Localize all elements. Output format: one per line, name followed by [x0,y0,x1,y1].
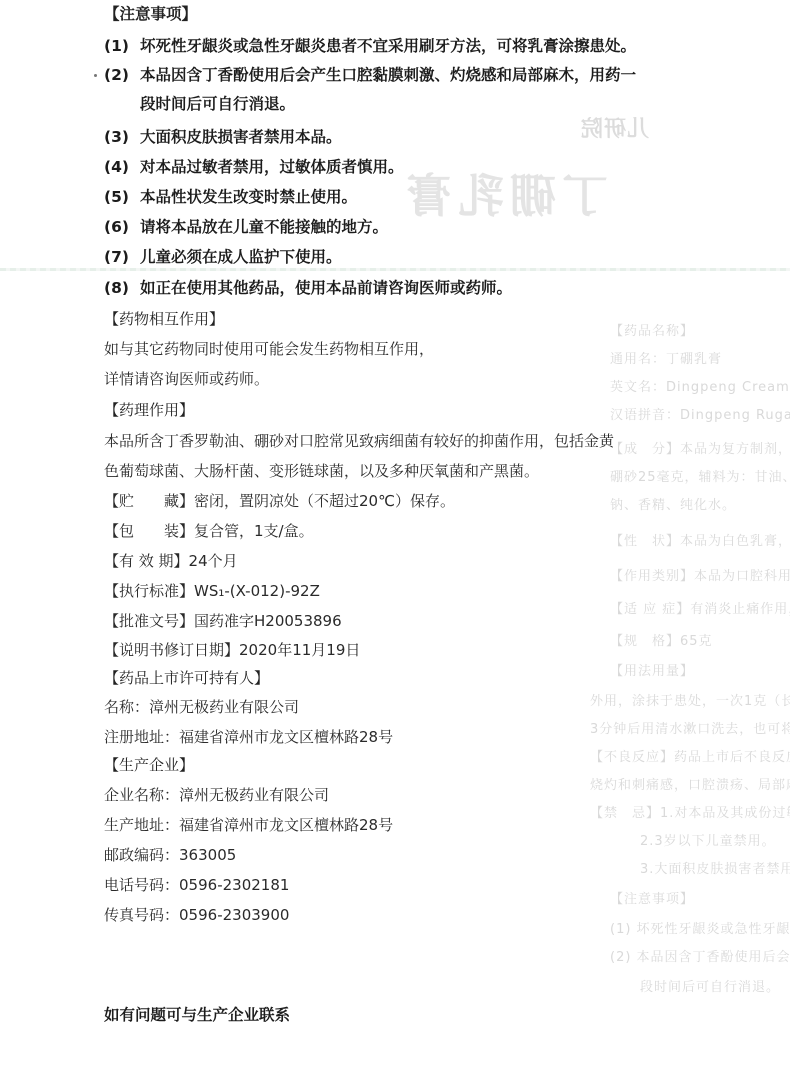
ghost-line: 【不良反应】药品上市后不良反应监测数据显示本品可见如下：口腔不适、 [590,746,790,765]
item-number: (6) [104,217,140,237]
item-text: 坏死性牙龈炎或急性牙龈炎患者不宜采用刷牙方法，可将乳膏涂擦患处。 [140,37,636,55]
interactions-heading: 【药物相互作用】 [104,309,224,329]
standard-field: 【执行标准】WS₁-(X-012)-92Z [104,581,320,601]
manufacturer-address-row: 生产地址：福建省漳州市龙文区檀林路28号 [104,815,393,835]
precaution-item-1: (1)坏死性牙龈炎或急性牙龈炎患者不宜采用刷牙方法，可将乳膏涂擦患处。 [104,36,636,56]
precaution-item-6: (6)请将本品放在儿童不能接触的地方。 [104,217,388,237]
field-label: 电话号码： [104,876,179,894]
field-label: 传真号码： [104,906,179,924]
item-number: (5) [104,187,140,207]
field-label: 【有 效 期】 [104,552,189,570]
mah-name-row: 名称：漳州无极药业有限公司 [104,697,299,717]
mah-address-row: 注册地址：福建省漳州市龙文区檀林路28号 [104,727,393,747]
field-label: 邮政编码： [104,846,179,864]
ghost-line: 3.大面积皮肤损害者禁用本品。 [640,858,790,877]
ghost-line: 段时间后可自行消退。 [640,976,780,995]
item-number: (3) [104,127,140,147]
item-number: (7) [104,247,140,267]
field-label: 注册地址： [104,728,179,746]
ghost-line: 【规 格】65克 [610,630,713,649]
ghost-line: 3分钟后用清水漱口洗去，也可将乳膏挤于牙刷上刷牙，用后漱口， [590,718,790,737]
field-value: 漳州无极药业有限公司 [179,786,329,804]
ghost-line: 【禁 忌】1.对本品及其成份过敏者禁用。 [590,802,790,821]
ghost-line: 英文名：Dingpeng Cream [610,376,790,395]
ghost-line: 2.3岁以下儿童禁用。 [640,830,776,849]
field-value: 363005 [179,846,236,864]
field-value: 密闭，置阴凉处（不超过20℃）保存。 [194,492,455,510]
precaution-item-2: (2)本品因含丁香酚使用后会产生口腔黏膜刺激、灼烧感和局部麻木，用药一 [104,65,636,85]
field-value: 福建省漳州市龙文区檀林路28号 [179,728,393,746]
field-value: 24个月 [189,552,238,570]
ghost-line: 【注意事项】 [610,888,694,907]
item-number: (8) [104,278,140,298]
storage-field: 【贮 藏】密闭，置阴凉处（不超过20℃）保存。 [104,491,455,511]
item-text: 儿童必须在成人监护下使用。 [140,248,342,266]
ghost-logo: 儿研院 [580,112,649,143]
ghost-line: (2) 本品因含丁香酚使用后会产生口腔黏膜刺激、灼烧感和局部麻木，用药一 [610,946,790,965]
precautions-heading: 【注意事项】 [104,4,197,24]
field-label: 名称： [104,698,149,716]
ghost-line: 通用名：丁硼乳膏 [610,348,722,367]
ghost-line: 外用，涂抹于患处，一次1克（长约1～1.5厘米），一日3～4次 [590,690,790,709]
ghost-line: 钠、香精、纯化水。 [610,494,736,513]
item-text: 本品因含丁香酚使用后会产生口腔黏膜刺激、灼烧感和局部麻木，用药一 [140,66,636,84]
field-value: 2020年11月19日 [239,641,360,659]
manufacturer-name-row: 企业名称：漳州无极药业有限公司 [104,785,329,805]
item-text: 大面积皮肤损害者禁用本品。 [140,128,342,146]
field-value: 复合管，1支/盒。 [194,522,314,540]
mah-heading: 【药品上市许可持有人】 [104,668,269,688]
pharmacology-text-line-2: 色葡萄球菌、大肠杆菌、变形链球菌，以及多种厌氧菌和产黑菌。 [104,461,539,481]
field-value: 0596-2303900 [179,906,289,924]
field-label: 【批准文号】 [104,612,194,630]
interactions-text-line-1: 如与其它药物同时使用可能会发生药物相互作用， [104,339,434,359]
precaution-item-3: (3)大面积皮肤损害者禁用本品。 [104,127,342,147]
precaution-item-4: (4)对本品过敏者禁用，过敏体质者慎用。 [104,157,404,177]
precaution-item-2-continuation: 段时间后可自行消退。 [140,94,295,114]
ghost-line: 【作用类别】本品为口腔科用药类非处方药药品。 [610,565,790,584]
field-label: 【贮 藏】 [104,492,194,510]
field-value: WS₁-(X-012)-92Z [194,582,320,600]
item-text: 请将本品放在儿童不能接触的地方。 [140,218,388,236]
item-text: 如正在使用其他药品，使用本品前请咨询医师或药师。 [140,279,512,297]
item-number: (1) [104,36,140,56]
ghost-line: 烧灼和刺痛感，口腔溃疡、局部麻木、皮疹、瘙痒、过敏反应等不良反应。 [590,774,790,793]
item-number: (4) [104,157,140,177]
revision-date-field: 【说明书修订日期】2020年11月19日 [104,640,360,660]
field-value: 福建省漳州市龙文区檀林路28号 [179,816,393,834]
field-value: 0596-2302181 [179,876,289,894]
ghost-line: 【用法用量】 [610,660,694,679]
precaution-item-5: (5)本品性状发生改变时禁止使用。 [104,187,357,207]
pharmacology-text-line-1: 本品所含丁香罗勒油、硼砂对口腔常见致病细菌有较好的抑菌作用，包括金黄 [104,431,614,451]
field-value: 漳州无极药业有限公司 [149,698,299,716]
field-label: 【说明书修订日期】 [104,641,239,659]
precaution-item-7: (7)儿童必须在成人监护下使用。 [104,247,342,267]
ghost-line: (1) 坏死性牙龈炎或急性牙龈炎患者不宜采用刷牙方法，可将乳膏涂擦患处。 [610,918,790,937]
item-text: 本品性状发生改变时禁止使用。 [140,188,357,206]
shelf-life-field: 【有 效 期】24个月 [104,551,238,571]
ghost-line: 汉语拼音：Dingpeng Rugao [610,404,790,423]
item-text: 对本品过敏者禁用，过敏体质者慎用。 [140,158,404,176]
phone-row: 电话号码：0596-2302181 [104,875,289,895]
scan-speck [94,74,97,77]
field-label: 企业名称： [104,786,179,804]
package-field: 【包 装】复合管，1支/盒。 [104,521,314,541]
pharmacology-heading: 【药理作用】 [104,400,194,420]
ghost-divider [0,268,790,271]
field-value: 国药准字H20053896 [194,612,342,630]
precaution-item-8: (8)如正在使用其他药品，使用本品前请咨询医师或药师。 [104,278,512,298]
ghost-line: 【药品名称】 [610,320,694,339]
field-label: 【包 装】 [104,522,194,540]
ghost-line: 【性 状】本品为白色乳膏，具有似丁香的香气。 [610,530,790,549]
postal-code-row: 邮政编码：363005 [104,845,236,865]
manufacturer-heading: 【生产企业】 [104,755,194,775]
ghost-product-title: 丁硼乳膏 [400,160,608,226]
ghost-line: 硼砂25毫克，辅料为：甘油、硬脂酸、单硬脂酸甘油酯 [610,466,790,485]
approval-number-field: 【批准文号】国药准字H20053896 [104,611,342,631]
fax-row: 传真号码：0596-2303900 [104,905,289,925]
interactions-text-line-2: 详情请咨询医师或药师。 [104,369,269,389]
item-number: (2) [104,65,140,85]
ghost-line: 【成 分】本品为复方制剂，每克含丁香罗勒油、硼砂 [610,438,790,457]
field-label: 【执行标准】 [104,582,194,600]
contact-note: 如有问题可与生产企业联系 [104,1005,290,1025]
ghost-line: 【适 应 症】有消炎止痛作用，用于牙龈炎、牙周炎、口腔炎等。 [610,598,790,617]
field-label: 生产地址： [104,816,179,834]
